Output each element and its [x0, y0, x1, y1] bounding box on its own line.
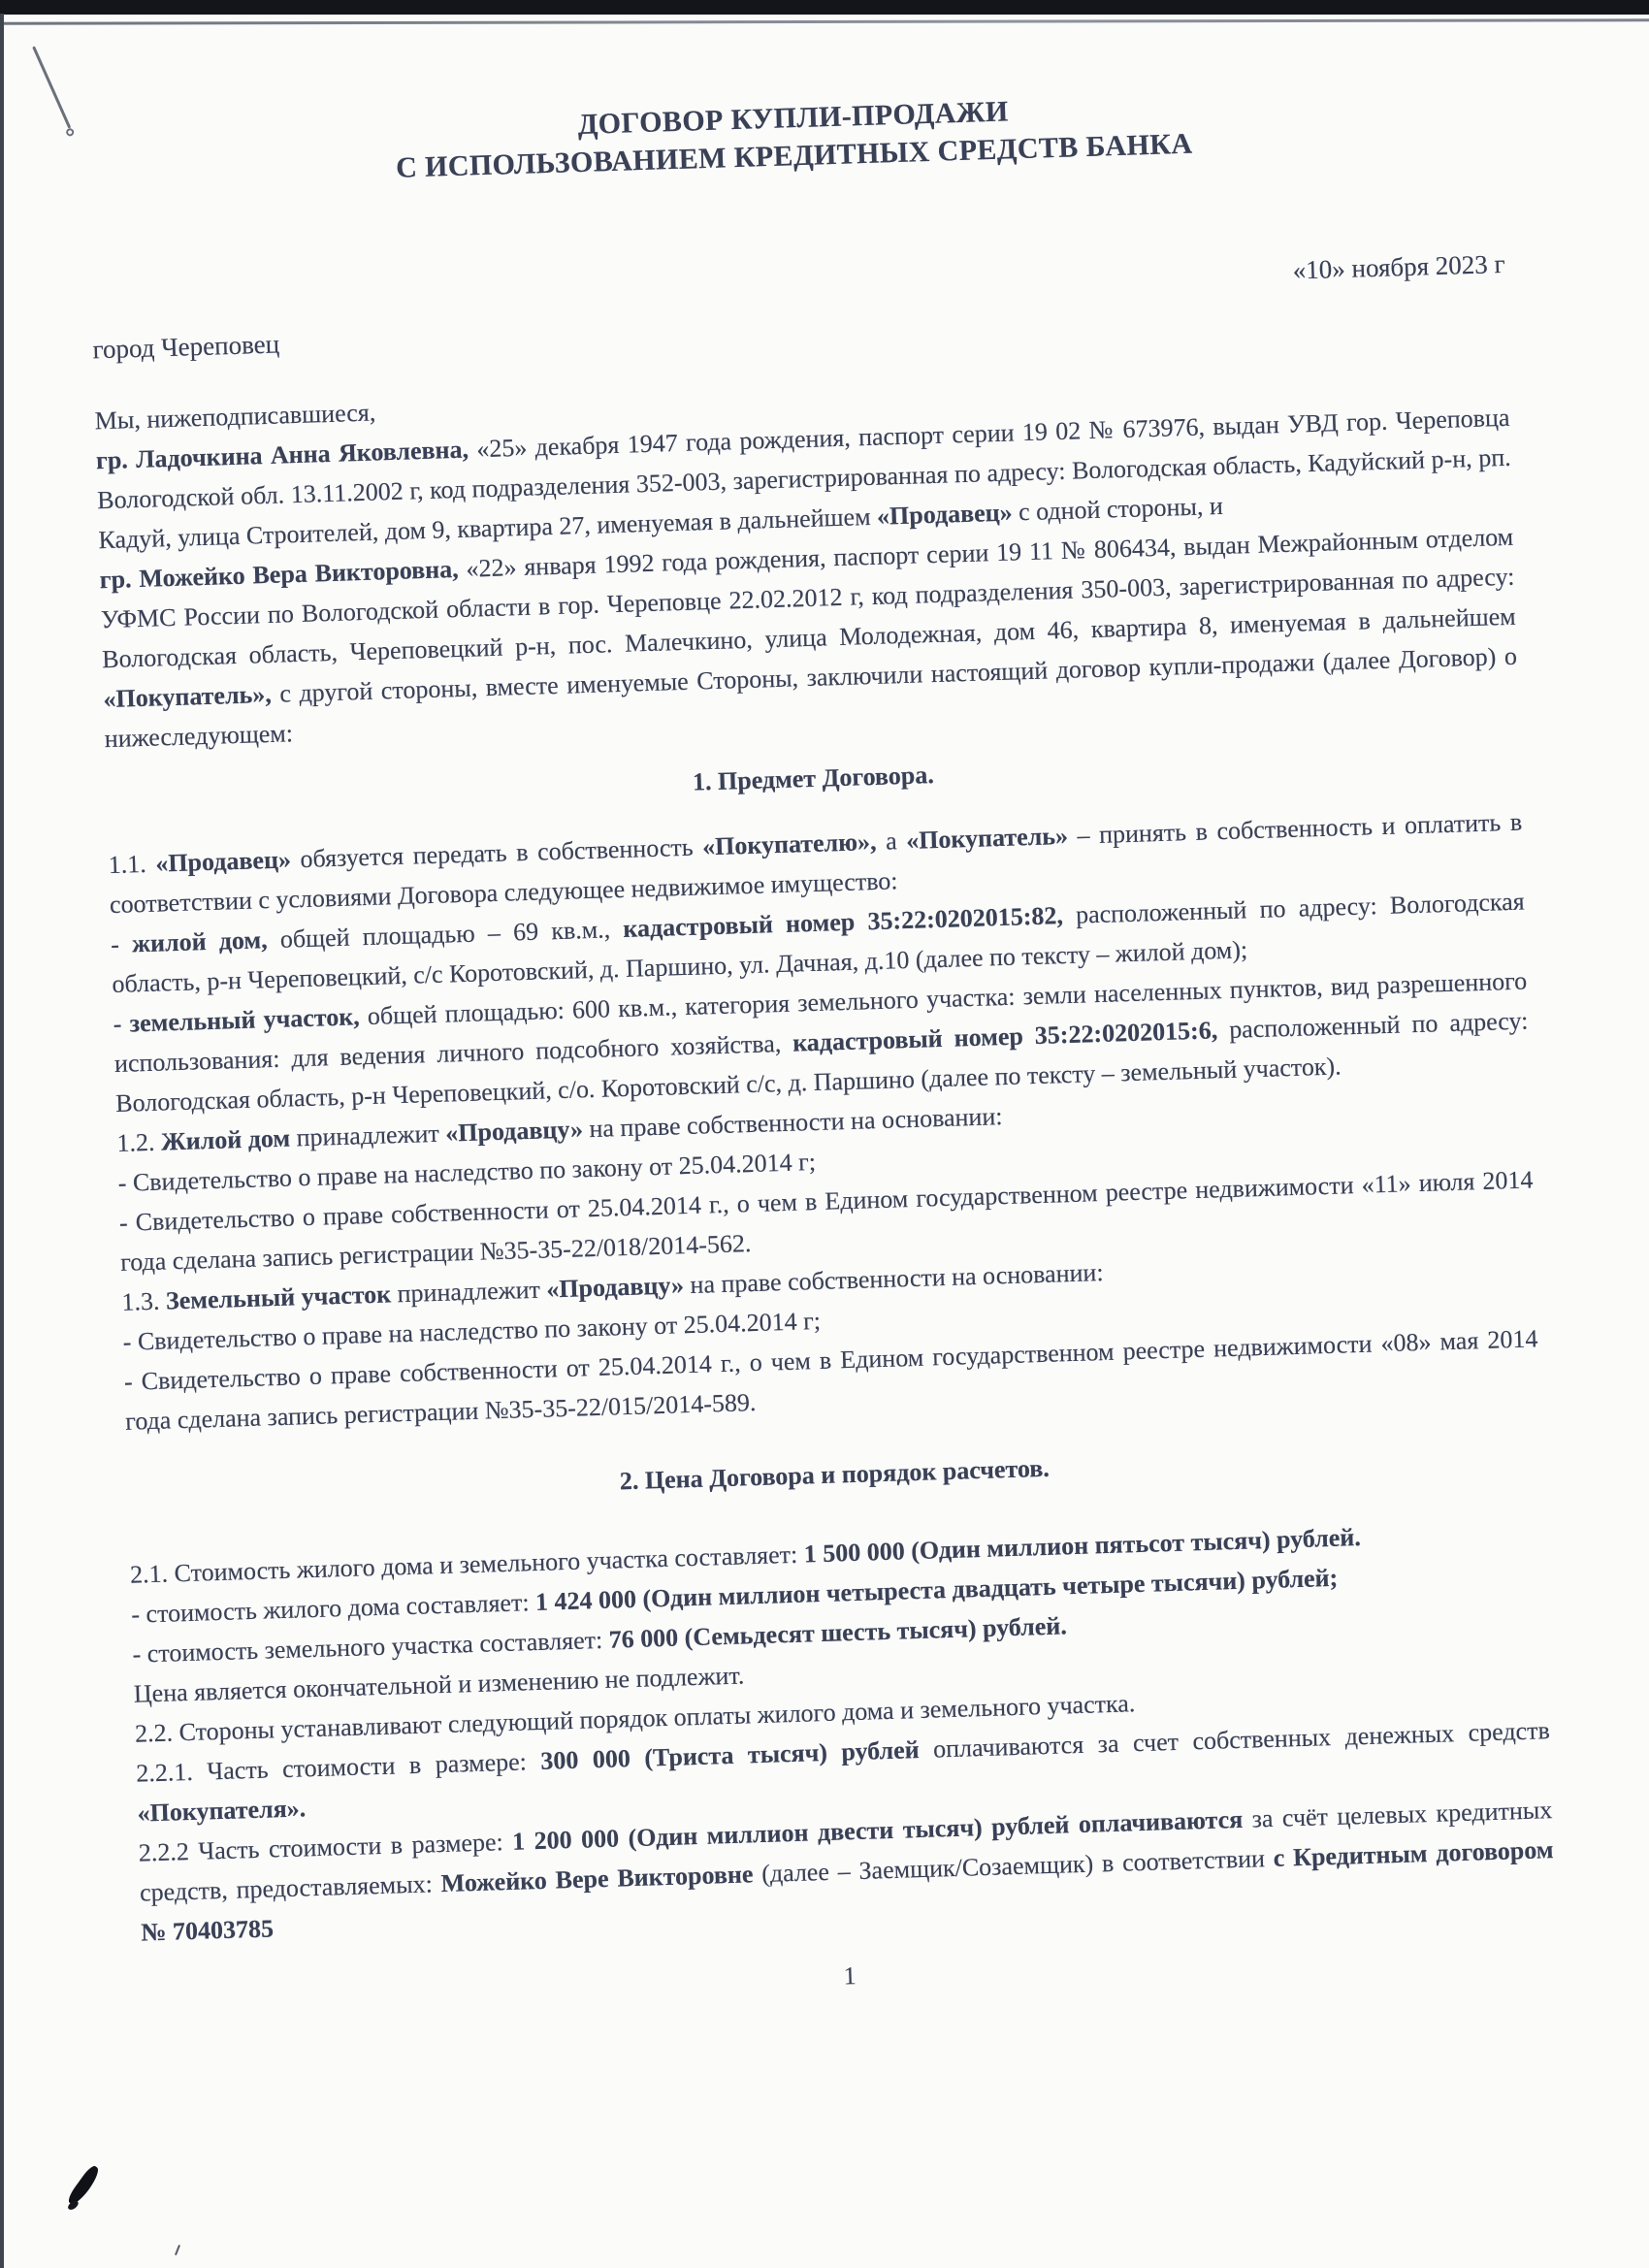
document-title: ДОГОВОР КУПЛИ-ПРОДАЖИ С ИСПОЛЬЗОВАНИЕМ К… [85, 78, 1502, 196]
text-run: «Продавцу» [546, 1271, 685, 1303]
text-run: 1. Предмет Договора. [693, 761, 935, 796]
text-run: оплачиваются [1078, 1805, 1243, 1838]
text-run: - стоимость жилого дома составляет: [131, 1588, 536, 1629]
text-run: 1.2. [116, 1128, 161, 1157]
text-run: 2.2.2 Часть стоимости в размере: [138, 1828, 512, 1867]
text-run: 1.1. [108, 850, 155, 879]
text-run: гр. Ладочкина Анна Яковлевна, [96, 436, 469, 475]
page-number: 1 [143, 1934, 1558, 2018]
text-run: 300 000 (Триста тысяч) рублей [540, 1735, 920, 1775]
ink-blot-mark [66, 2164, 103, 2208]
document-body: Мы, нижеподписавшиеся,гр. Ладочкина Анна… [94, 358, 1555, 1953]
text-run: принадлежит [391, 1276, 547, 1309]
section-2-heading: 2. Цена Договора и порядок расчетов. [127, 1433, 1542, 1516]
small-ink-tick [175, 2245, 180, 2255]
buyer-details: гр. Можейко Вера Викторовна, «22» января… [99, 517, 1519, 759]
text-run: обязуется передать в собственность [290, 832, 702, 873]
text-run: «Покупатель», [103, 680, 272, 713]
text-run: жилой дом, [132, 925, 268, 957]
text-run: 2.2.1. Часть стоимости в размере: [136, 1747, 541, 1788]
text-run: «Продавцу» [445, 1115, 584, 1147]
text-run: «Покупатель» [906, 822, 1069, 855]
text-run: 2. Цена Договора и порядок расчетов. [619, 1454, 1050, 1496]
text-run: кадастровый номер 35:22:0202015:82, [623, 901, 1063, 943]
text-run: «Продавец» [877, 498, 1013, 530]
text-run: «Покупателю», [702, 827, 877, 860]
text-run: «Продавец» [155, 845, 291, 877]
text-run: - [111, 929, 133, 958]
scan-edge-left [0, 14, 4, 2268]
text-run: кадастровый номер 35:22:0202015:6, [792, 1016, 1218, 1056]
text-run: принадлежит [290, 1119, 446, 1152]
document-page: ДОГОВОР КУПЛИ-ПРОДАЖИ С ИСПОЛЬЗОВАНИЕМ К… [0, 0, 1649, 2021]
text-run: Жилой дом [161, 1124, 291, 1156]
text-run: общей площадью – 69 кв.м., [267, 915, 624, 954]
text-run: гр. Можейко Вера Викторовна, [99, 555, 459, 594]
text-run: «Покупателя». [137, 1794, 306, 1827]
text-run: на праве собственности на основании: [583, 1102, 1003, 1143]
text-run: Земельный участок [166, 1280, 392, 1314]
scan-edge-top [0, 0, 1649, 15]
text-run: а [876, 826, 907, 856]
text-run: 76 000 (Семьдесят шесть тысяч) рублей. [608, 1611, 1067, 1653]
text-run: земельный участок, [129, 1002, 360, 1037]
text-run: - [113, 1010, 130, 1039]
text-run: с одной стороны, и [1012, 492, 1223, 527]
text-run: Можейко Вере Викторовне [440, 1860, 754, 1897]
text-run: Мы, нижеподписавшиеся, [94, 398, 375, 435]
text-run: (далее – Заемщик/Созаемщик) в соответств… [753, 1844, 1274, 1888]
text-run: 1.3. [121, 1287, 166, 1316]
text-run: на праве собственности на основании: [684, 1258, 1104, 1299]
